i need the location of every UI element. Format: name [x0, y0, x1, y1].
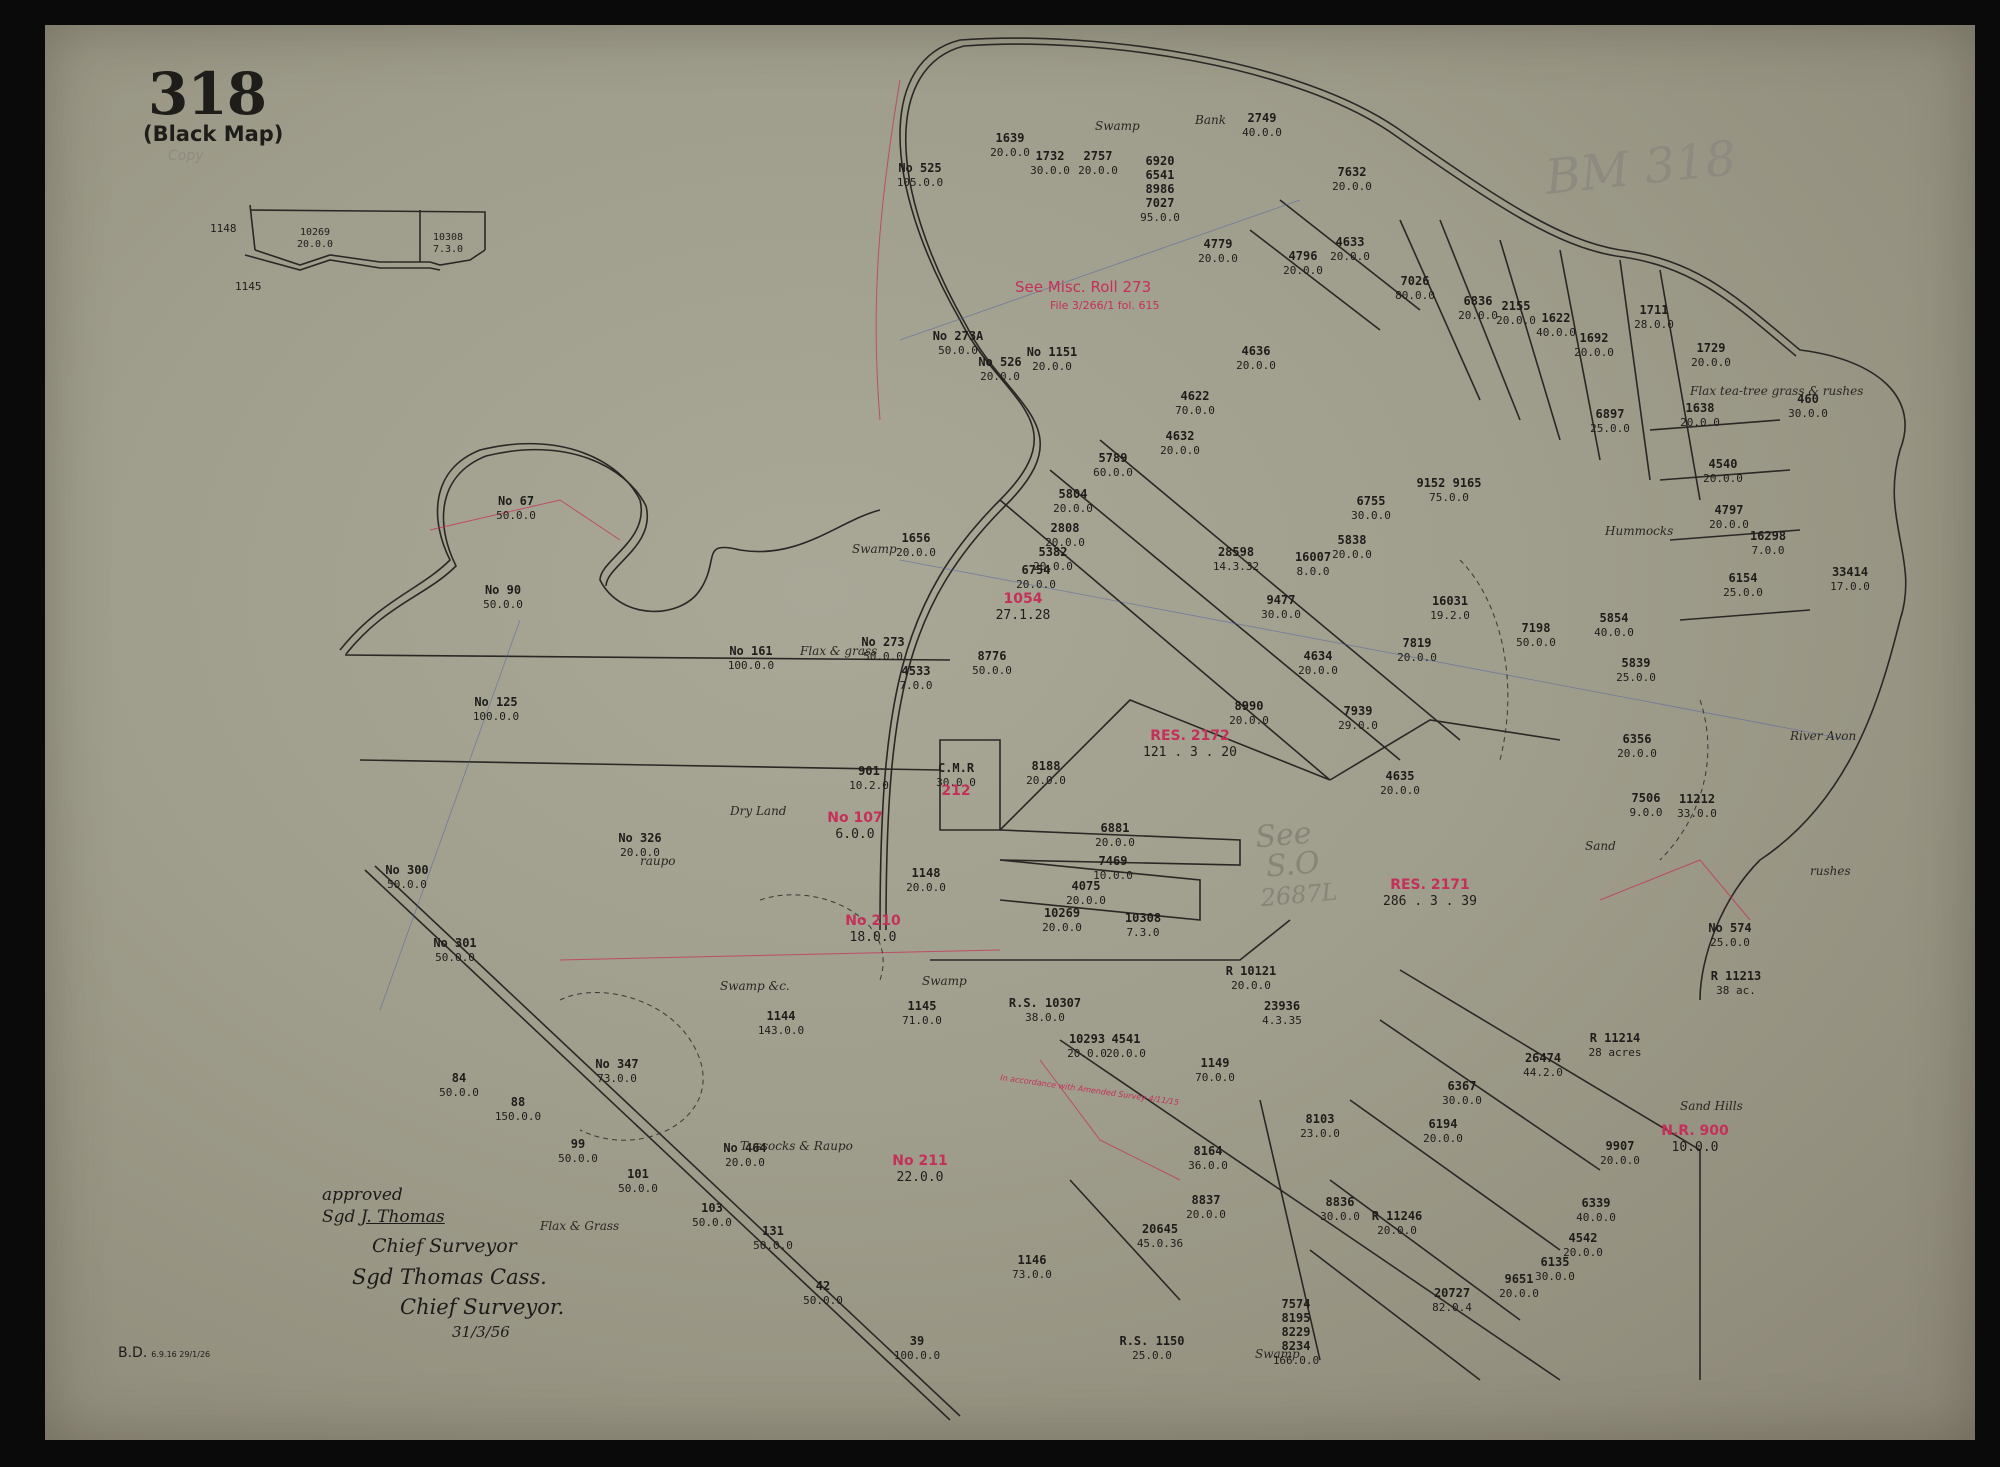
lot-label: 454020.0.0: [1703, 457, 1743, 485]
lot-number: 8836: [1326, 1195, 1355, 1209]
lot-area: 50.0.0: [558, 1152, 598, 1165]
lot-area: 50.0.0: [692, 1216, 732, 1229]
lot-number: 6754: [1022, 563, 1051, 577]
lot-label: R 1121428 acres: [1589, 1031, 1642, 1059]
lot-label: No 30050.0.0: [385, 863, 428, 891]
lot-label: 3341417.0.0: [1830, 565, 1870, 593]
lot-label: No 6750.0.0: [496, 494, 536, 522]
lot-number: 7027: [1146, 196, 1175, 210]
terrain-label: Sand Hills: [1680, 1099, 1743, 1113]
lot-number: 1146: [1018, 1253, 1047, 1267]
lot-label: 1029320.0.0: [1067, 1032, 1107, 1060]
lot-area: 20.0.0: [1053, 502, 1093, 515]
lot-number: R.S. 1150: [1119, 1334, 1184, 1348]
lot-area: 44.2.0: [1523, 1066, 1563, 1079]
second-title: Chief Surveyor.: [400, 1295, 564, 1319]
lot-number: 8103: [1306, 1112, 1335, 1126]
lot-area: 20.0.0: [1042, 921, 1082, 934]
lot-number: 1622: [1542, 311, 1571, 325]
lot-label: 454220.0.0: [1563, 1231, 1603, 1259]
lot-number: 9907: [1606, 1139, 1635, 1153]
lot-area: 82.0.4: [1432, 1301, 1472, 1314]
lot-number: 7026: [1401, 274, 1430, 288]
bottom-left-mark: B.D.6.9.16 29/1/26: [118, 1345, 210, 1361]
lot-label: RES. 2171286 . 3 . 39: [1383, 877, 1477, 909]
terrain-label: Flax & grass: [799, 644, 877, 658]
lot-area: 29.0.0: [1338, 719, 1378, 732]
lot-number: 2808: [1051, 521, 1080, 535]
lot-area: 50.0.0: [496, 509, 536, 522]
lot-label: 883630.0.0: [1320, 1195, 1360, 1223]
lot-area: 7.3.0: [1126, 926, 1159, 939]
lot-area: 50.0.0: [1516, 636, 1556, 649]
lot-area: 20.0.0: [1106, 1047, 1146, 1060]
lot-number: 16031: [1432, 594, 1468, 608]
lot-label: 10150.0.0: [618, 1167, 658, 1195]
lot-label: No 1076.0.0: [827, 810, 882, 842]
lot-area: 20.0.0: [1574, 346, 1614, 359]
lot-label: No 21122.0.0: [892, 1153, 947, 1185]
lot-number: 6755: [1357, 494, 1386, 508]
lot-number: R 11246: [1372, 1209, 1423, 1223]
lot-label: 163820.0.0: [1680, 401, 1720, 429]
lot-area: 73.0.0: [597, 1072, 637, 1085]
lot-number: 4635: [1386, 769, 1415, 783]
lot-area: 100.0.0: [473, 710, 519, 723]
lot-label: 454120.0.0: [1106, 1032, 1146, 1060]
lot-area: 38 ac.: [1716, 984, 1756, 997]
lot-area: 20.0.0: [1186, 1208, 1226, 1221]
lot-number: 4533: [902, 664, 931, 678]
lot-area: 60.0.0: [1093, 466, 1133, 479]
lot-area: 71.0.0: [902, 1014, 942, 1027]
first-title: Chief Surveyor: [372, 1235, 517, 1257]
lot-number: 6881: [1101, 821, 1130, 835]
lot-area: 20.0.0: [1298, 664, 1338, 677]
lot-number: 212: [941, 783, 970, 799]
inset-below-label: 1145: [235, 280, 262, 293]
lot-area: 50.0.0: [938, 344, 978, 357]
lot-area: 20.0.0: [1283, 264, 1323, 277]
lot-number: 10269: [1044, 906, 1080, 920]
lot-label: 239364.3.35: [1262, 999, 1302, 1027]
lot-number: 6339: [1582, 1196, 1611, 1210]
misc-roll-file-note: File 3/266/1 fol. 615: [1050, 299, 1159, 312]
lot-number: 1639: [996, 131, 1025, 145]
lot-number: 8986: [1146, 182, 1175, 196]
lot-label: 818820.0.0: [1026, 759, 1066, 787]
lot-area: 40.0.0: [1536, 326, 1576, 339]
lot-number: No 525: [898, 161, 941, 175]
misc-roll-note: See Misc. Roll 273: [1015, 278, 1151, 296]
lot-area: 14.3.32: [1213, 560, 1259, 573]
lot-number: C.M.R: [938, 761, 975, 775]
lot-area: 8.0.0: [1296, 565, 1329, 578]
first-signature: Sgd J. Thomas: [322, 1207, 445, 1227]
lot-area: 20.0.0: [1332, 548, 1372, 561]
lot-area: 20.0.0: [1236, 359, 1276, 372]
lot-label: 463220.0.0: [1160, 429, 1200, 457]
lot-area: 20.0.0: [980, 370, 1020, 383]
lot-label: 114571.0.0: [902, 999, 942, 1027]
survey-map-linework: No 525105.0.0163920.0.0173230.0.0275720.…: [0, 0, 2000, 1467]
lot-number: 1054: [1004, 591, 1043, 607]
lot-area: 33.0.0: [1677, 807, 1717, 820]
lot-area: 28.0.0: [1634, 318, 1674, 331]
inset-lot-id: 10308: [433, 232, 463, 243]
lot-number: R.S. 10307: [1009, 996, 1081, 1010]
lot-area: 100.0.0: [894, 1349, 940, 1362]
lot-area: 20.0.0: [1032, 360, 1072, 373]
lot-number: 8776: [978, 649, 1007, 663]
lot-number: 7198: [1522, 621, 1551, 635]
lot-area: 18.0.0: [850, 930, 897, 945]
lot-label: 675530.0.0: [1351, 494, 1391, 522]
lot-label: 746910.0.0: [1093, 854, 1133, 882]
lot-label: 899020.0.0: [1229, 699, 1269, 727]
sgd-label: Sgd: [322, 1207, 355, 1227]
lot-label: 9950.0.0: [558, 1137, 598, 1165]
lot-area: 30.0.0: [1030, 164, 1070, 177]
lot-number: No 67: [498, 494, 534, 508]
lot-label: 1121233.0.0: [1677, 792, 1717, 820]
lot-number: 11212: [1679, 792, 1715, 806]
lot-area: 121 . 3 . 20: [1143, 745, 1237, 760]
lot-number: 6541: [1146, 168, 1175, 182]
lot-label: 75069.0.0: [1629, 791, 1662, 819]
lot-area: 50.0.0: [753, 1239, 793, 1252]
lot-area: 7.0.0: [1751, 544, 1784, 557]
lot-area: 10.0.0: [1672, 1140, 1719, 1155]
lot-area: 20.0.0: [1332, 180, 1372, 193]
lot-area: 40.0.0: [1242, 126, 1282, 139]
lot-number: 4075: [1072, 879, 1101, 893]
lot-label: 585440.0.0: [1594, 611, 1634, 639]
lot-number: 4541: [1112, 1032, 1141, 1046]
terrain-label: Tussocks & Raupo: [740, 1139, 853, 1153]
lot-number: N.R. 900: [1661, 1123, 1729, 1139]
lot-number: 7819: [1403, 636, 1432, 650]
lot-area: 50.0.0: [803, 1294, 843, 1307]
lot-number: No 211: [892, 1153, 947, 1169]
lot-area: 20.0.0: [990, 146, 1030, 159]
lot-area: 20.0.0: [725, 1156, 765, 1169]
lot-label: 463320.0.0: [1330, 235, 1370, 263]
lot-label: 162240.0.0: [1536, 311, 1576, 339]
lot-label: 479720.0.0: [1709, 503, 1749, 531]
lot-number: 5789: [1099, 451, 1128, 465]
lot-label: 163920.0.0: [990, 131, 1030, 159]
lot-number: 7939: [1344, 704, 1373, 718]
lot-label: 2072782.0.4: [1432, 1286, 1472, 1314]
lot-area: 105.0.0: [897, 176, 943, 189]
lot-label: 1026920.0.0: [1042, 906, 1082, 934]
lot-number: No 574: [1708, 921, 1751, 935]
lot-area: 20.0.0: [1377, 1224, 1417, 1237]
lot-number: 16007: [1295, 550, 1331, 564]
lot-number: 5838: [1338, 533, 1367, 547]
map-number: 318: [148, 60, 266, 128]
lot-number: 9477: [1267, 593, 1296, 607]
lot-area: 20.0.0: [1229, 714, 1269, 727]
lot-number: 20727: [1434, 1286, 1470, 1300]
lot-number: 901: [858, 764, 880, 778]
approved-label: approved: [322, 1185, 403, 1205]
bd-initials: B.D.: [118, 1345, 147, 1361]
lot-label: R 1124620.0.0: [1372, 1209, 1423, 1237]
lot-number: 1656: [902, 531, 931, 545]
lot-area: 20.0.0: [1380, 784, 1420, 797]
lot-number: 1638: [1686, 401, 1715, 415]
lot-area: 20.0.0: [1563, 1246, 1603, 1259]
lot-label: 114673.0.0: [1012, 1253, 1052, 1281]
lot-area: 7.0.0: [899, 679, 932, 692]
terrain-label: Swamp: [1255, 1347, 1300, 1361]
lot-label: 4250.0.0: [803, 1279, 843, 1307]
lot-number: 5382: [1039, 545, 1068, 559]
lot-label: 816436.0.0: [1188, 1144, 1228, 1172]
signatory-name: J. Thomas: [361, 1207, 445, 1227]
lot-area: 50.0.0: [483, 598, 523, 611]
lot-area: 143.0.0: [758, 1024, 804, 1037]
lot-number: 5804: [1059, 487, 1088, 501]
terrain-label: Flax & Grass: [539, 1219, 619, 1233]
lot-number: 4540: [1709, 457, 1738, 471]
lot-label: 947730.0.0: [1261, 593, 1301, 621]
terrain-label: rushes: [1810, 864, 1851, 878]
lot-number: 131: [762, 1224, 784, 1238]
lot-label: 883720.0.0: [1186, 1193, 1226, 1221]
lot-area: 20.0.0: [1198, 252, 1238, 265]
lot-area: 20.0.0: [1397, 651, 1437, 664]
lot-number: 8990: [1235, 699, 1264, 713]
lot-label: R.S. 1030738.0.0: [1009, 996, 1081, 1024]
lot-area: 30.0.0: [1442, 1094, 1482, 1107]
lot-label: 477920.0.0: [1198, 237, 1238, 265]
lot-label: 479620.0.0: [1283, 249, 1323, 277]
lot-number: R 11213: [1711, 969, 1762, 983]
lot-area: 20.0.0: [1617, 747, 1657, 760]
lot-number: 8229: [1282, 1325, 1311, 1339]
lot-area: 22.0.0: [897, 1170, 944, 1185]
lot-number: 7574: [1282, 1297, 1311, 1311]
lot-number: No 300: [385, 863, 428, 877]
terrain-label: Dry Land: [729, 804, 787, 818]
lot-number: 5839: [1622, 656, 1651, 670]
lot-label: N.R. 90010.0.0: [1661, 1123, 1729, 1155]
lot-area: 50.0.0: [439, 1086, 479, 1099]
lot-number: 4542: [1569, 1231, 1598, 1245]
lot-label: No 52620.0.0: [978, 355, 1021, 383]
terrain-label: Bank: [1194, 113, 1226, 127]
lot-number: 1711: [1640, 303, 1669, 317]
lot-number: 88: [511, 1095, 525, 1109]
lot-label: 173230.0.0: [1030, 149, 1070, 177]
lot-number: 7506: [1632, 791, 1661, 805]
lot-area: 75.0.0: [1429, 491, 1469, 504]
lot-number: 23936: [1264, 999, 1300, 1013]
lot-area: 36.0.0: [1188, 1159, 1228, 1172]
lot-label: 683620.0.0: [1458, 294, 1498, 322]
lot-number: 1149: [1201, 1056, 1230, 1070]
lot-label: R.S. 115025.0.0: [1119, 1334, 1184, 1362]
lot-area: 45.0.36: [1137, 1237, 1183, 1250]
inset-lot-area: 20.0.0: [297, 239, 333, 250]
lot-number: 6920: [1146, 154, 1175, 168]
lot-number: 6897: [1596, 407, 1625, 421]
lot-number: 4633: [1336, 235, 1365, 249]
lot-number: No 301: [433, 936, 476, 950]
lot-area: 20.0.0: [1160, 444, 1200, 457]
lot-label: 583820.0.0: [1332, 533, 1372, 561]
lot-area: 40.0.0: [1576, 1211, 1616, 1224]
lot-label: 463520.0.0: [1380, 769, 1420, 797]
lot-number: R 10121: [1226, 964, 1277, 978]
see-so-note: See S.O 2687L: [1254, 817, 1339, 913]
lot-area: 50.0.0: [972, 664, 1012, 677]
lot-area: 20.0.0: [1600, 1154, 1640, 1167]
lot-area: 40.0.0: [1594, 626, 1634, 639]
lot-area: 20.0.0: [1231, 979, 1271, 992]
lot-number: 9651: [1505, 1272, 1534, 1286]
lot-number: 1144: [767, 1009, 796, 1023]
terrain-label: Swamp: [1095, 119, 1140, 133]
lot-number: 6154: [1729, 571, 1758, 585]
lot-number: 8195: [1282, 1311, 1311, 1325]
lot-number: 8837: [1192, 1193, 1221, 1207]
lot-number: 4636: [1242, 344, 1271, 358]
terrain-label: Swamp: [922, 974, 967, 988]
lot-label: 619420.0.0: [1423, 1117, 1463, 1145]
bd-dates: 6.9.16 29/1/26: [151, 1350, 210, 1359]
terrain-label: Swamp: [852, 542, 897, 556]
lot-label: 9152 916575.0.0: [1416, 476, 1481, 504]
lot-area: 20.0.0: [896, 546, 936, 559]
lot-number: 2749: [1248, 111, 1277, 125]
lot-label: 1603119.2.0: [1430, 594, 1470, 622]
second-signature: Sgd Thomas Cass.: [352, 1265, 547, 1289]
lot-number: No 347: [595, 1057, 638, 1071]
lot-area: 30.0.0: [1320, 1210, 1360, 1223]
terrain-label: River Avon: [1789, 729, 1856, 743]
lot-number: 4797: [1715, 503, 1744, 517]
lot-number: No 125: [474, 695, 517, 709]
amended-survey-note: In accordance with Amended Survey 4/11/1…: [1000, 1073, 1180, 1107]
lot-label: 103087.3.0: [1125, 911, 1161, 939]
lot-area: 20.0.0: [1067, 1047, 1107, 1060]
lot-number: 99: [571, 1137, 585, 1151]
lot-number: 6194: [1429, 1117, 1458, 1131]
lot-label: 463620.0.0: [1236, 344, 1276, 372]
lot-label: 463420.0.0: [1298, 649, 1338, 677]
lot-number: 10308: [1125, 911, 1161, 925]
lot-area: 50.0.0: [387, 878, 427, 891]
lot-number: No 526: [978, 355, 1021, 369]
lot-label: 165620.0.0: [896, 531, 936, 559]
inset-lot-area: 7.3.0: [433, 244, 463, 255]
lot-area: 23.0.0: [1300, 1127, 1340, 1140]
lot-label: 407520.0.0: [1066, 879, 1106, 907]
lot-number: 42: [816, 1279, 830, 1293]
lot-label: No 21018.0.0: [845, 913, 901, 945]
lot-label: 275720.0.0: [1078, 149, 1118, 177]
lot-number: 10293: [1069, 1032, 1105, 1046]
lot-number: 9152 9165: [1416, 476, 1481, 490]
lot-area: 10.2.0: [849, 779, 889, 792]
lot-label: 8450.0.0: [439, 1071, 479, 1099]
lot-area: 30.0.0: [1788, 407, 1828, 420]
lot-number: 4632: [1166, 429, 1195, 443]
lot-number: 2757: [1084, 149, 1113, 163]
lot-number: 8188: [1032, 759, 1061, 773]
lot-label: 39100.0.0: [894, 1334, 940, 1362]
lot-label: 793929.0.0: [1338, 704, 1378, 732]
lot-area: 30.0.0: [1261, 608, 1301, 621]
lot-label: 10350.0.0: [692, 1201, 732, 1229]
lot-label: 88150.0.0: [495, 1095, 541, 1123]
lot-label: 114820.0.0: [906, 866, 946, 894]
lot-area: 286 . 3 . 39: [1383, 894, 1477, 909]
lot-number: 39: [910, 1334, 924, 1348]
lot-area: 20.0.0: [1016, 578, 1056, 591]
lot-number: R 11214: [1590, 1031, 1641, 1045]
lot-number: No 273A: [933, 329, 984, 343]
lot-label: 45337.0.0: [899, 664, 932, 692]
copy-mark: Copy: [168, 148, 204, 164]
lot-number: 1148: [912, 866, 941, 880]
lot-number: 33414: [1832, 565, 1868, 579]
lot-label: No 34773.0.0: [595, 1057, 638, 1085]
lot-label: No 30150.0.0: [433, 936, 476, 964]
lot-label: R 1012120.0.0: [1226, 964, 1277, 992]
lot-label: 215520.0.0: [1496, 299, 1536, 327]
lot-label: 763220.0.0: [1332, 165, 1372, 193]
lot-label: 965120.0.0: [1499, 1272, 1539, 1300]
lot-label: 160078.0.0: [1295, 550, 1331, 578]
lot-area: 38.0.0: [1025, 1011, 1065, 1024]
lot-label: RES. 2172121 . 3 . 20: [1143, 728, 1237, 760]
lot-number: 6356: [1623, 732, 1652, 746]
lot-label: 583925.0.0: [1616, 656, 1656, 684]
lot-area: 30.0.0: [1351, 509, 1391, 522]
lot-number: 6367: [1448, 1079, 1477, 1093]
lot-label: 2859814.3.32: [1213, 545, 1259, 573]
lot-number: 101: [627, 1167, 649, 1181]
lot-area: 150.0.0: [495, 1110, 541, 1123]
terrain-label: Swamp &c.: [720, 979, 790, 993]
lot-area: 20.0.0: [1496, 314, 1536, 327]
lot-area: 28 acres: [1589, 1046, 1642, 1059]
lot-area: 25.0.0: [1616, 671, 1656, 684]
lot-number: 28598: [1218, 545, 1254, 559]
lot-number: 16298: [1750, 529, 1786, 543]
lot-area: 20.0.0: [1423, 1132, 1463, 1145]
lot-number: 1732: [1036, 149, 1065, 163]
map-subtitle: (Black Map): [143, 122, 283, 146]
lot-area: 20.0.0: [1095, 836, 1135, 849]
lot-area: 25.0.0: [1590, 422, 1630, 435]
lot-label: 105427.1.28: [996, 591, 1051, 623]
lot-label: 613530.0.0: [1535, 1255, 1575, 1283]
terrain-label: raupo: [640, 854, 676, 868]
lot-area: 19.2.0: [1430, 609, 1470, 622]
lot-area: 50.0.0: [618, 1182, 658, 1195]
lot-label: No 115120.0.0: [1027, 345, 1078, 373]
lot-number: RES. 2172: [1150, 728, 1230, 744]
lot-label: 212: [941, 783, 970, 799]
lot-label: 1144143.0.0: [758, 1009, 804, 1037]
lot-number: 4634: [1304, 649, 1333, 663]
